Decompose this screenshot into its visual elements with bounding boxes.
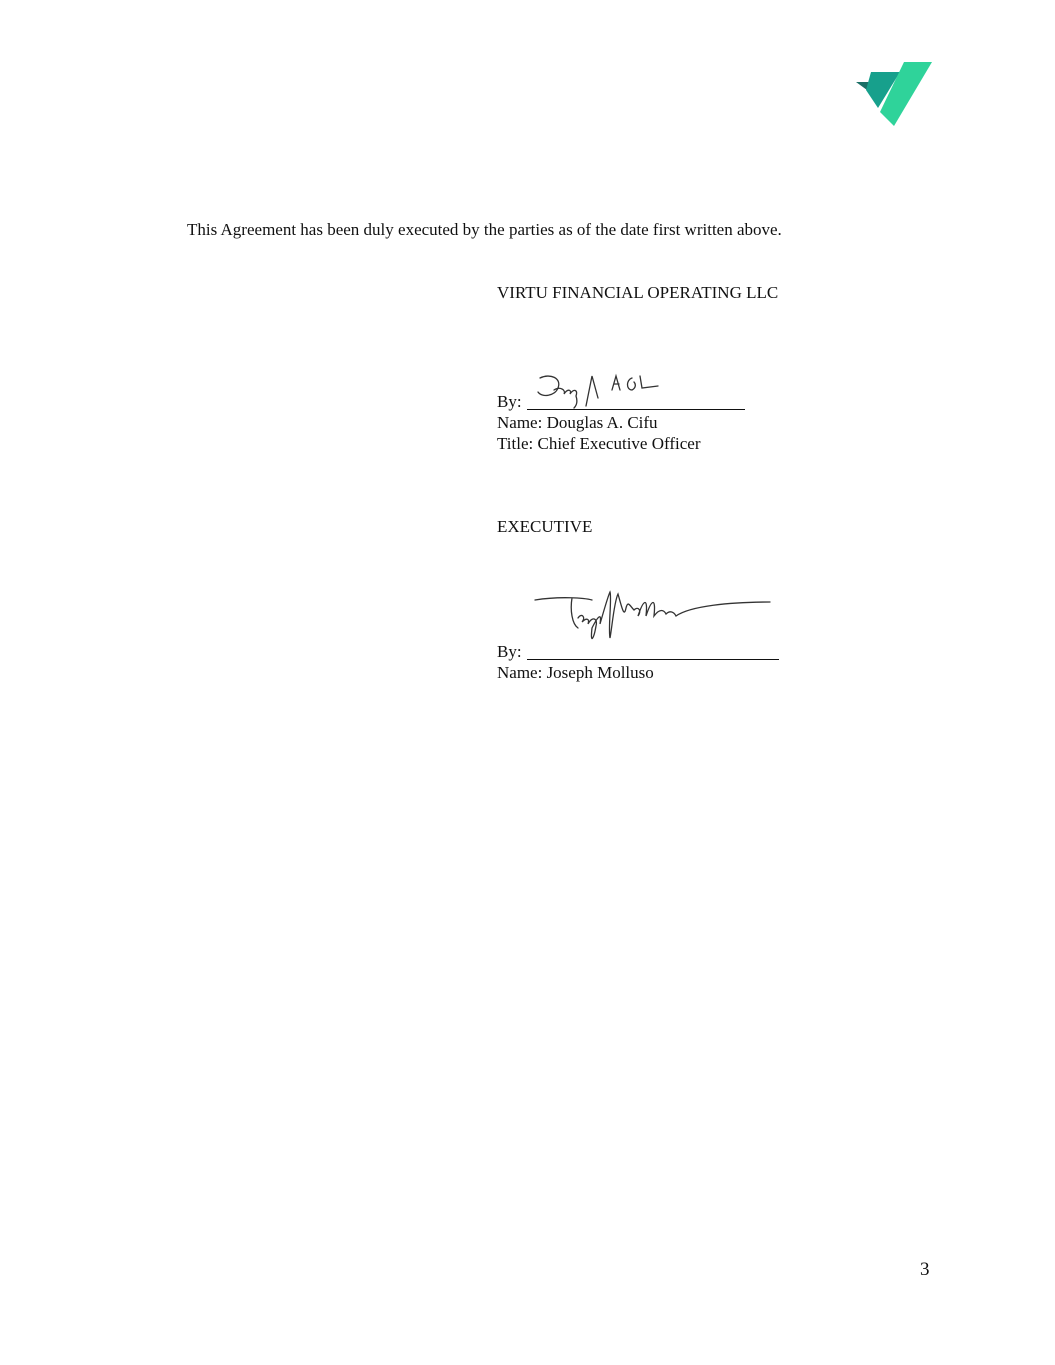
virtu-logo-icon	[856, 60, 934, 128]
company-signature-line	[527, 409, 745, 410]
executive-signature-line	[527, 659, 779, 660]
executive-signer-name: Name: Joseph Molluso	[497, 664, 654, 681]
company-signer-name: Name: Douglas A. Cifu	[497, 414, 658, 431]
company-signer-title: Title: Chief Executive Officer	[497, 435, 700, 452]
company-party-name: VIRTU FINANCIAL OPERATING LLC	[497, 284, 778, 301]
signature-douglas-cifu-icon	[530, 368, 675, 418]
page-number: 3	[920, 1260, 930, 1279]
intro-statement: This Agreement has been duly executed by…	[187, 221, 782, 238]
executive-by-label: By:	[497, 643, 522, 660]
signature-joseph-molluso-icon	[530, 588, 775, 650]
executive-party-name: EXECUTIVE	[497, 518, 592, 535]
company-by-label: By:	[497, 393, 522, 410]
